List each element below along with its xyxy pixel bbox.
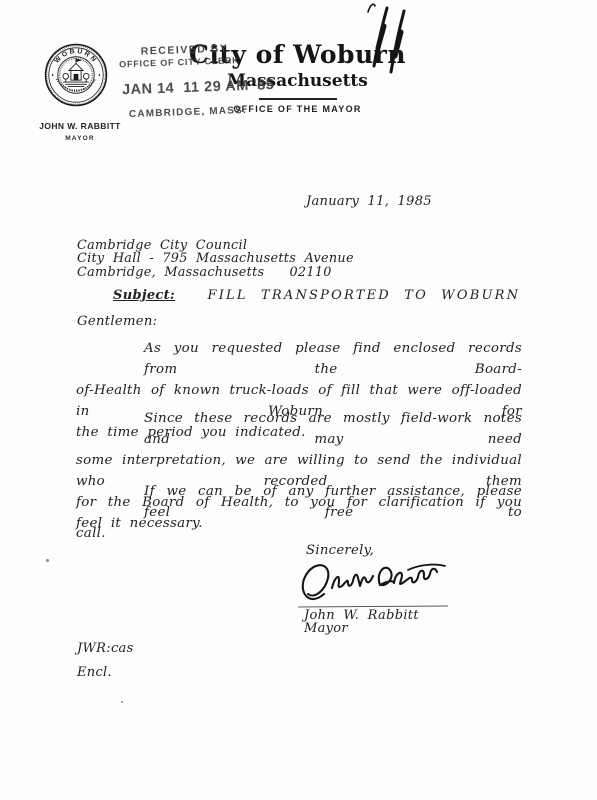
seal-house-emblem (63, 58, 89, 86)
stamp-date-time: JAN 14 11 29 AM '85 (122, 77, 275, 98)
masthead-divider (259, 98, 337, 100)
stamp-office-of-city-clerk: OFFICE OF CITY CLERK (119, 55, 240, 69)
typist-reference: JWR:cas (77, 641, 134, 656)
signer-title: Mayor (304, 621, 348, 636)
recipient-line: Cambridge, Massachusetts 02110 (77, 266, 354, 279)
letterhead-mayor-name: JOHN W. RABBITT (34, 121, 126, 131)
paragraph-line: call. (76, 523, 522, 544)
handwritten-11-annotation (360, 0, 412, 76)
paragraph-3: If we can be of any further assistance, … (76, 481, 522, 544)
paragraph-line: Since these records are mostly field-wor… (76, 408, 522, 450)
stamp-city: CAMBRIDGE, MASS. (129, 105, 247, 120)
letterhead-mayor-title: MAYOR (34, 135, 126, 142)
subject-line: Subject: FILL TRANSPORTED TO WOBURN (113, 288, 520, 303)
woburn-city-seal-icon: WOBURN (44, 43, 108, 107)
recipient-line: City Hall - 795 Massachusetts Avenue (77, 252, 354, 265)
recipient-address-block: Cambridge City Council City Hall - 795 M… (77, 239, 354, 279)
paragraph-line: If we can be of any further assistance, … (76, 481, 522, 523)
letter-date: January 11, 1985 (306, 194, 432, 209)
enclosure-notation: Encl. (77, 665, 112, 680)
paragraph-line: As you requested please find enclosed re… (76, 338, 522, 380)
subject-value: FILL TRANSPORTED TO WOBURN (207, 288, 520, 303)
recipient-line: Cambridge City Council (77, 239, 354, 252)
scan-speck (121, 701, 123, 703)
received-stamp: RECEIVED BY OFFICE OF CITY CLERK JAN 14 … (117, 42, 260, 132)
salutation: Gentlemen: (77, 314, 157, 329)
subject-label: Subject: (113, 288, 175, 303)
scanned-letter-page: WOBURN JOHN W. RABBITT MAYOR City of Wob… (0, 0, 597, 800)
scan-speck (46, 559, 49, 562)
signature-scrawl (296, 556, 448, 608)
